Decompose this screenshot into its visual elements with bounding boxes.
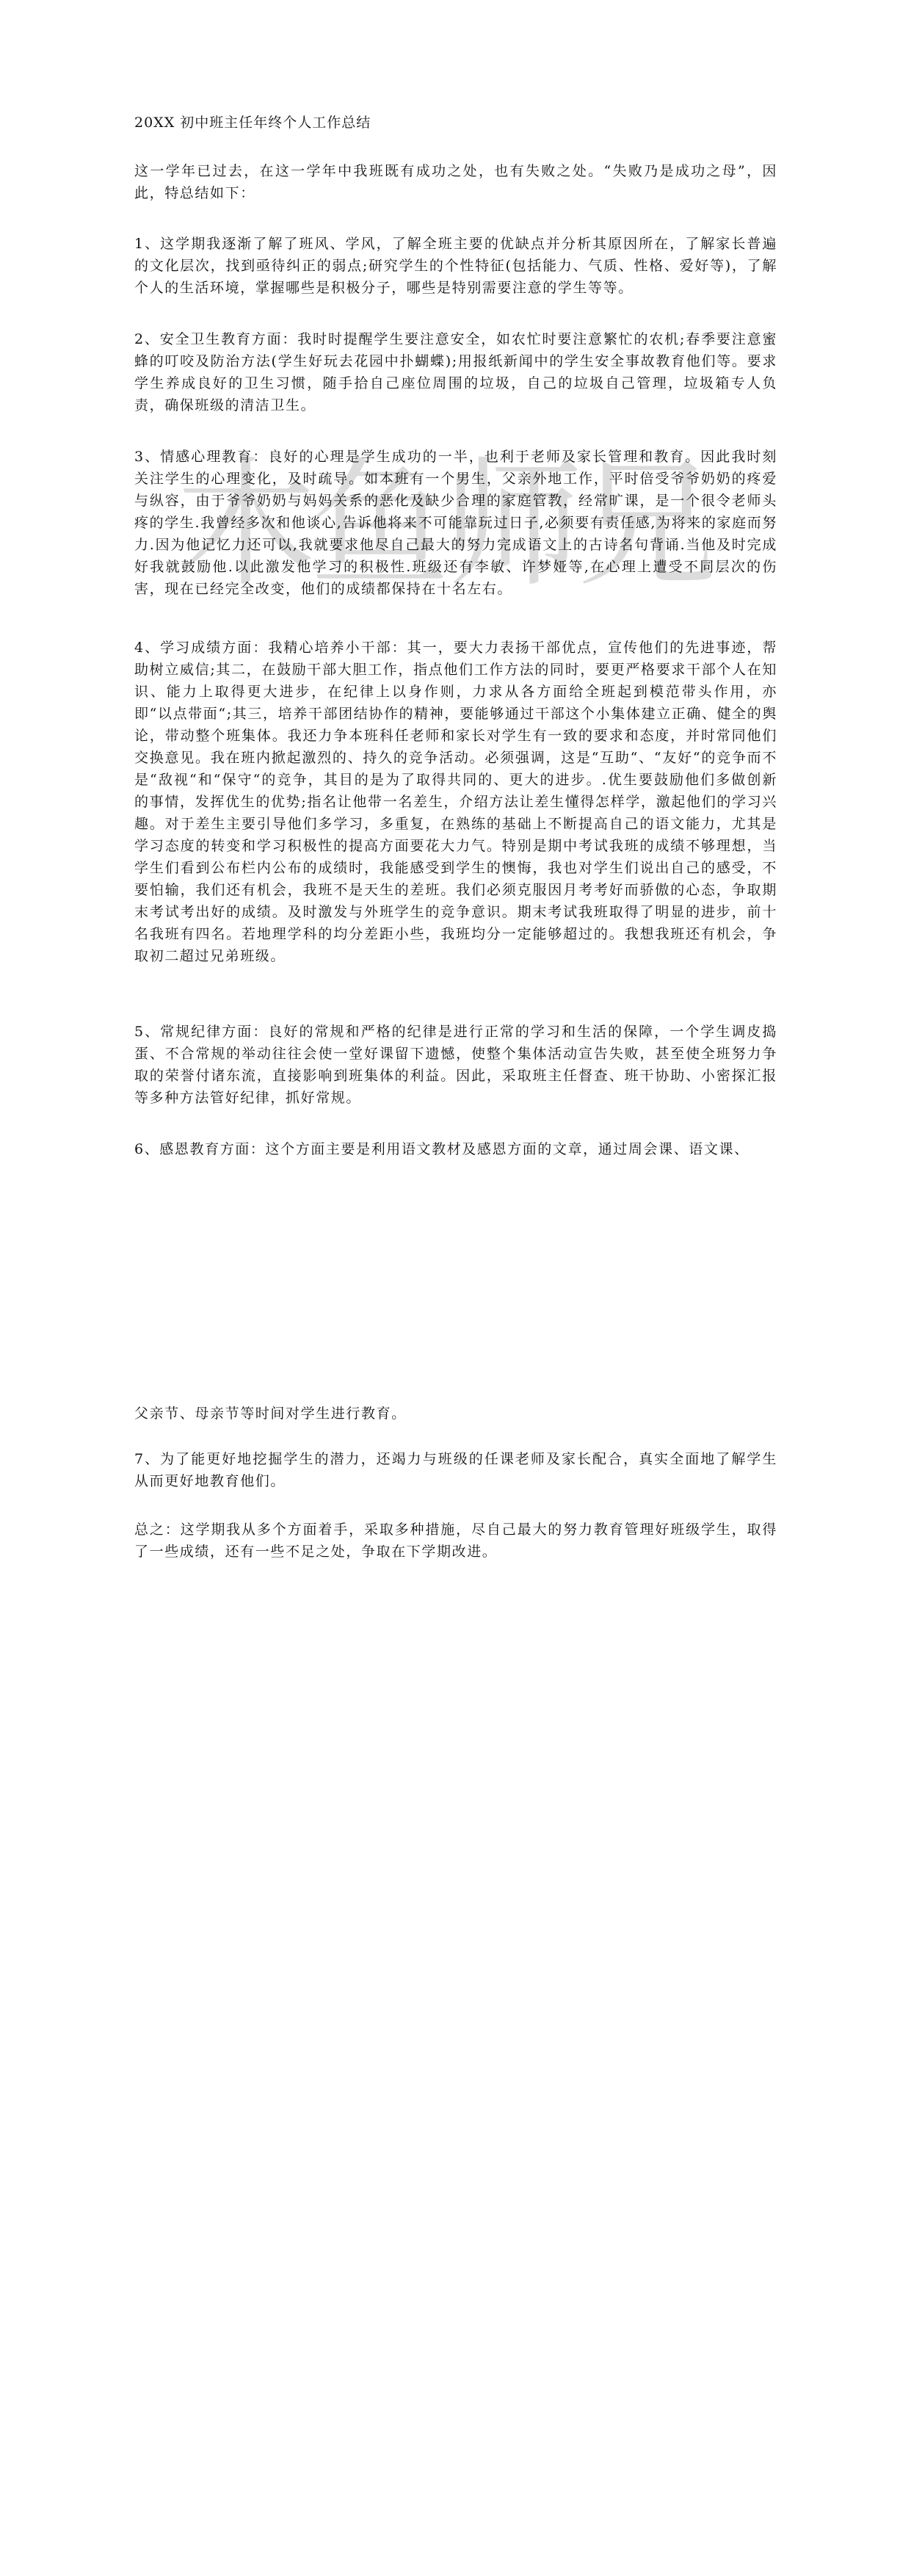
paragraph-2-safety-hygiene: 2、安全卫生教育方面：我时时提醒学生要注意安全，如农忙时要注意繁忙的农机;春季要… [134,328,777,416]
paragraph-5-discipline: 5、常规纪律方面：良好的常规和严格的纪律是进行正常的学习和生活的保障，一个学生调… [134,1021,777,1109]
paragraph-summary: 总之：这学期我从多个方面着手，采取多种措施，尽自己最大的努力教育管理好班级学生，… [134,1519,777,1563]
paragraph-7-potential: 7、为了能更好地挖掘学生的潜力，还竭力与班级的任课老师及家长配合，真实全面地了解… [134,1448,777,1492]
paragraph-3-emotional-psychology: 3、情感心理教育：良好的心理是学生成功的一半，也利于老师及家长管理和教育。因此我… [134,446,777,600]
document-title: 20XX 初中班主任年终个人工作总结 [134,112,777,134]
paragraph-6-gratitude-part1: 6、感恩教育方面：这个方面主要是利用语文教材及感恩方面的文章，通过周会课、语文课… [134,1138,777,1160]
paragraph-intro: 这一学年已过去，在这一学年中我班既有成功之处，也有失败之处。“失败乃是成功之母”… [134,160,777,204]
paragraph-6-gratitude-part2: 父亲节、母亲节等时间对学生进行教育。 [134,1403,777,1425]
document-page: 木鱼师兄 20XX 初中班主任年终个人工作总结 这一学年已过去，在这一学年中我班… [0,0,911,2576]
paragraph-1-class-understanding: 1、这学期我逐渐了解了班风、学风，了解全班主要的优缺点并分析其原因所在，了解家长… [134,233,777,299]
paragraph-4-academic-performance: 4、学习成绩方面：我精心培养小干部：其一，要大力表扬干部优点，宣传他们的先进事迹… [134,637,777,967]
